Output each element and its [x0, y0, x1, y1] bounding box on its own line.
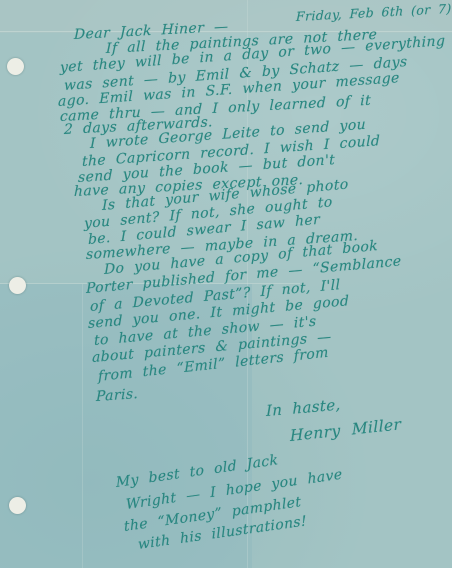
closing: In haste,	[266, 395, 341, 420]
punch-hole-middle	[9, 277, 26, 294]
punch-hole-top	[7, 58, 24, 75]
punch-hole-bottom	[9, 497, 26, 514]
letter-paper: Friday, Feb 6th (or 7)th Dear Jack Hiner…	[0, 0, 452, 568]
signature: Henry Miller	[290, 415, 402, 445]
fold-crease-vertical-lower	[82, 284, 83, 568]
body-line: Paris.	[96, 386, 138, 405]
